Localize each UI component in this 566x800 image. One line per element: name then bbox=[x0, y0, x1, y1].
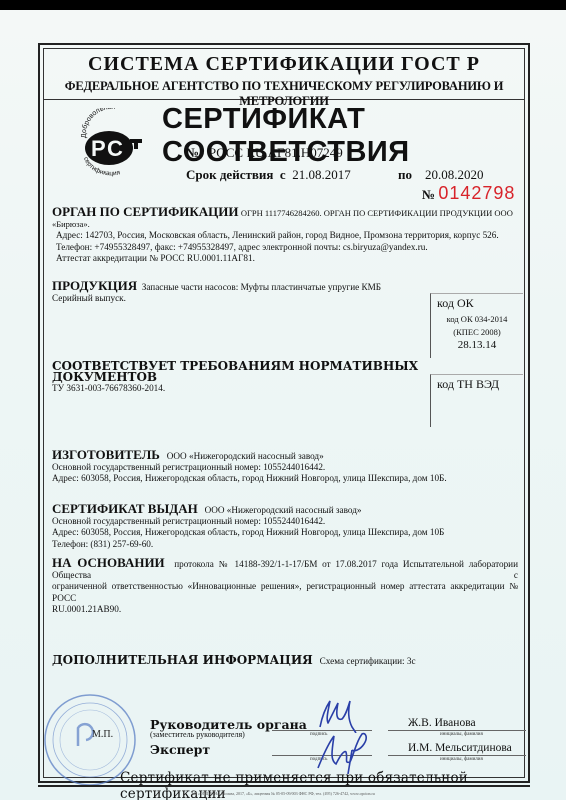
valid-to: 20.08.2020 bbox=[425, 167, 484, 182]
certification-body-heading: ОРГАН ПО СЕРТИФИКАЦИИ bbox=[52, 204, 239, 219]
system-title: СИСТЕМА СЕРТИФИКАЦИИ ГОСТ Р bbox=[44, 53, 524, 76]
issued-to-heading: СЕРТИФИКАТ ВЫДАН bbox=[52, 501, 198, 516]
certificate-number-row: № РОСС RU.АГ81.Н07249 bbox=[186, 145, 343, 161]
valid-from: 21.08.2017 bbox=[292, 167, 351, 182]
printer-info: АО «ОПЦИОН», Москва, 2017, «Б», лицензия… bbox=[0, 791, 566, 796]
svg-text:М.П.: М.П. bbox=[92, 729, 113, 740]
valid-to-row: по 20.08.2020 bbox=[398, 167, 484, 183]
basis-section: НА ОСНОВАНИИ протокола № 14188-392/1-1-1… bbox=[52, 557, 518, 615]
ok-code-box: код ОК код ОК 034-2014 (КПЕС 2008) 28.13… bbox=[430, 293, 523, 358]
ok-code: 28.13.14 bbox=[431, 339, 523, 351]
issued-to-section: СЕРТИФИКАТ ВЫДАН ООО «Нижегородский насо… bbox=[52, 503, 522, 550]
rst-logo-icon: Добровольная Р С сертификация bbox=[76, 108, 146, 178]
header-band: СИСТЕМА СЕРТИФИКАЦИИ ГОСТ Р ФЕДЕРАЛЬНОЕ … bbox=[44, 49, 524, 100]
product-section: ПРОДУКЦИЯ Запасные части насосов: Муфты … bbox=[52, 280, 412, 304]
serial-number-row: № 0142798 bbox=[422, 183, 515, 204]
head-name-line bbox=[388, 730, 526, 731]
conformity-section: СООТВЕТСТВУЕТ ТРЕБОВАНИЯМ НОРМАТИВНЫХ ДО… bbox=[52, 361, 452, 395]
normative-documents: ТУ 3631-003-76678360-2014. bbox=[52, 383, 452, 394]
conformity-heading: СООТВЕТСТВУЕТ ТРЕБОВАНИЯМ НОРМАТИВНЫХ ДО… bbox=[52, 361, 452, 383]
expert-name: И.М. Мельситдинова bbox=[408, 742, 512, 754]
basis-heading: НА ОСНОВАНИИ bbox=[52, 555, 165, 570]
additional-info-section: ДОПОЛНИТЕЛЬНАЯ ИНФОРМАЦИЯ Схема сертифик… bbox=[52, 655, 522, 667]
additional-info-heading: ДОПОЛНИТЕЛЬНАЯ ИНФОРМАЦИЯ bbox=[52, 653, 313, 667]
head-of-body-label: Руководитель органа (заместитель руковод… bbox=[150, 717, 307, 739]
expert-name-line bbox=[388, 755, 526, 756]
expert-label: Эксперт bbox=[150, 742, 210, 757]
manufacturer-heading: ИЗГОТОВИТЕЛЬ bbox=[52, 447, 160, 462]
head-name: Ж.В. Иванова bbox=[408, 717, 476, 729]
svg-text:Р: Р bbox=[91, 136, 106, 161]
product-heading: ПРОДУКЦИЯ bbox=[52, 278, 137, 293]
certification-body-section: ОРГАН ПО СЕРТИФИКАЦИИ ОГРН 1117746284260… bbox=[52, 206, 532, 264]
certification-scheme: Схема сертификации: 3с bbox=[320, 656, 416, 666]
product-description: Запасные части насосов: Муфты пластинчат… bbox=[142, 282, 381, 292]
manufacturer-section: ИЗГОТОВИТЕЛЬ ООО «Нижегородский насосный… bbox=[52, 449, 522, 485]
validity-row: Срок действия с 21.08.2017 bbox=[186, 167, 351, 183]
certificate-number: РОСС RU.АГ81.Н07249 bbox=[209, 145, 343, 160]
svg-text:С: С bbox=[107, 136, 123, 161]
manufacturer-name: ООО «Нижегородский насосный завод» bbox=[167, 451, 324, 461]
serial-number: 0142798 bbox=[438, 183, 515, 203]
expert-signature-icon bbox=[314, 728, 374, 776]
issued-to-name: ООО «Нижегородский насосный завод» bbox=[205, 505, 362, 515]
tnved-code-box: код ТН ВЭД bbox=[430, 374, 523, 427]
